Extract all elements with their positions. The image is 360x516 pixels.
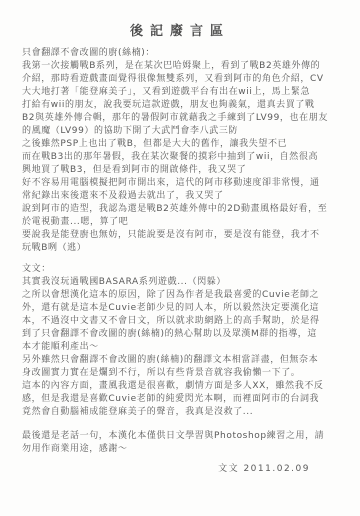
text-line: 到了只會翻譯不會改圖的廚(絲楠)的熱心幫助以及眾漢M群的指導，這: [22, 328, 340, 341]
text-line: 打給有wii的朋友，說我要玩這款遊戲，朋友也夠義氣，還真去買了戰: [22, 99, 340, 112]
text-line: 之後雖然PSP上也出了戰B，但都是大大的舊作，讓我失望不已: [22, 138, 340, 151]
text-line: 常紀錄出來後還來不及殺過去就出了，我又哭了: [22, 190, 340, 203]
text-line: 竟然會自動腦補成能登麻美子的聲音，我真是沒救了...: [22, 406, 340, 419]
page-body: 只會翻譯不會改圖的廚(絲楠)： 我第一次接觸戰B系列，是在某次巴哈姆聚上，看到了…: [0, 47, 360, 474]
afterword-page: 後記廢言區 只會翻譯不會改圖的廚(絲楠)： 我第一次接觸戰B系列，是在某次巴哈姆…: [0, 0, 360, 516]
text-line: 之所以會想漢化這本的原因，除了因為作者是我最喜愛的Cuvie老師之: [22, 289, 340, 302]
text-line: 要說我是能登廚也無妨，只能說要是沒有阿市，要是沒有能登，我才不: [22, 229, 340, 242]
closing-note: 最後還是老話一句，本漢化本僅供日文學習與Photoshop練習之用，請 勿用作商…: [22, 430, 340, 456]
text-line: 而在戰B3出的那年暑假，我在某次聚餐的摸彩中抽到了wii，自然很高: [22, 151, 340, 164]
text-line: B2與英雄外傳合輯，那年的暑假阿市就藉我之手練到了LV99，也在朋友: [22, 112, 340, 125]
text-line: 這本的內容方面，畫風我還是很喜歡，劇情方面是多人XX，雖然我不反: [22, 380, 340, 393]
text-line: 好不容易用電腦模擬把阿市開出來，這代的阿市移動速度卻非常慢，通: [22, 177, 340, 190]
text-line: 本才能順利產出～: [22, 341, 340, 354]
page-title: 後記廢言區: [0, 20, 360, 39]
section-heading-sinan: 只會翻譯不會改圖的廚(絲楠)：: [22, 47, 340, 60]
text-line: 另外雖然只會翻譯不會改圖的廚(絲楠)的翻譯文本相當詳盡，但無奈本: [22, 354, 340, 367]
text-line: 的風魔（LV99）的協助下開了大武鬥會李八武三防: [22, 125, 340, 138]
text-line: 身改圖實力實在是爛到不行，所以有些背景音就容我偷懶一下了。: [22, 367, 340, 380]
text-line: 我第一次接觸戰B系列，是在某次巴哈姆聚上，看到了戰B2英雄外傳的: [22, 60, 340, 73]
text-line: 玩戰B咧（逃）: [22, 242, 340, 255]
text-line: 於電視動畫...嗯，算了吧: [22, 216, 340, 229]
text-line: 最後還是老話一句，本漢化本僅供日文學習與Photoshop練習之用，請: [22, 430, 340, 443]
section-heading-wenwen: 文文：: [22, 263, 340, 276]
text-line: 勿用作商業用途，感謝～: [22, 443, 340, 456]
text-line: 感，但是我還是喜歡Cuvie老師的純愛閃光本啊，而裡面阿市的台詞我: [22, 393, 340, 406]
text-line: 介紹，那時看遊戲畫面覺得很像無雙系列，又看到阿市的角色介紹，CV: [22, 73, 340, 86]
text-line: 外，還有就是這本是Cuvie老師少見的同人本，所以毅然決定要漢化這: [22, 302, 340, 315]
text-line: 說到阿市的造型，我認為還是戰B2英雄外傳中的2D動畫風格最好看，至: [22, 203, 340, 216]
signature: 文文 2011.02.09: [22, 461, 340, 474]
section-sinan: 只會翻譯不會改圖的廚(絲楠)： 我第一次接觸戰B系列，是在某次巴哈姆聚上，看到了…: [22, 47, 340, 255]
text-line: 大大地打著「能登麻美子」，又看到遊戲平台有出在wii上，馬上緊急: [22, 86, 340, 99]
text-line: 其實我沒玩過戰國BASARA系列遊戲...（閃躲）: [22, 276, 340, 289]
section-wenwen: 文文： 其實我沒玩過戰國BASARA系列遊戲...（閃躲） 之所以會想漢化這本的…: [22, 263, 340, 419]
text-line: 本，不過沒中文書又不會日文，所以就求助網路上的高手幫助，於是得: [22, 315, 340, 328]
text-line: 興地買了戰B3，但是看到阿市的開啟條件，我又哭了: [22, 164, 340, 177]
